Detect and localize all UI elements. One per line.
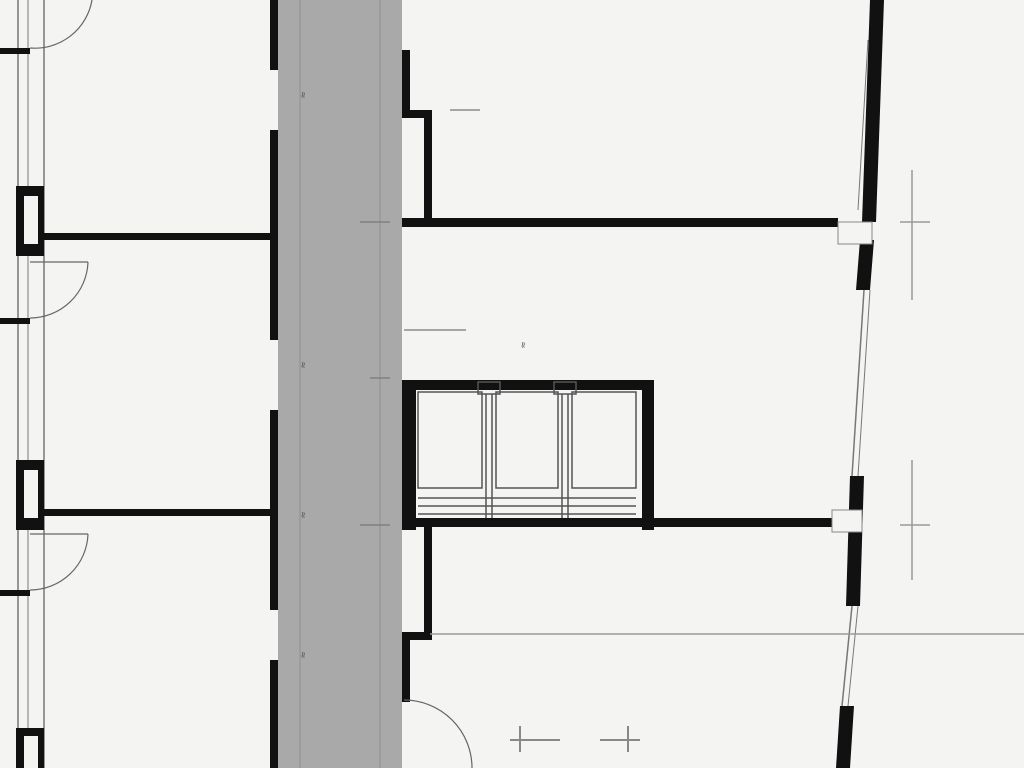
corridor-dimension-label: ≈ [299, 511, 309, 519]
floor-plan [0, 0, 1024, 768]
corridor-dimension-label: ≈ [299, 651, 309, 659]
corridor-dimension-label: ≈ [299, 91, 309, 99]
corridor-dimension-label: ≈ [299, 361, 309, 369]
central-corridor [278, 0, 402, 768]
room-label: ≈ [519, 341, 529, 349]
